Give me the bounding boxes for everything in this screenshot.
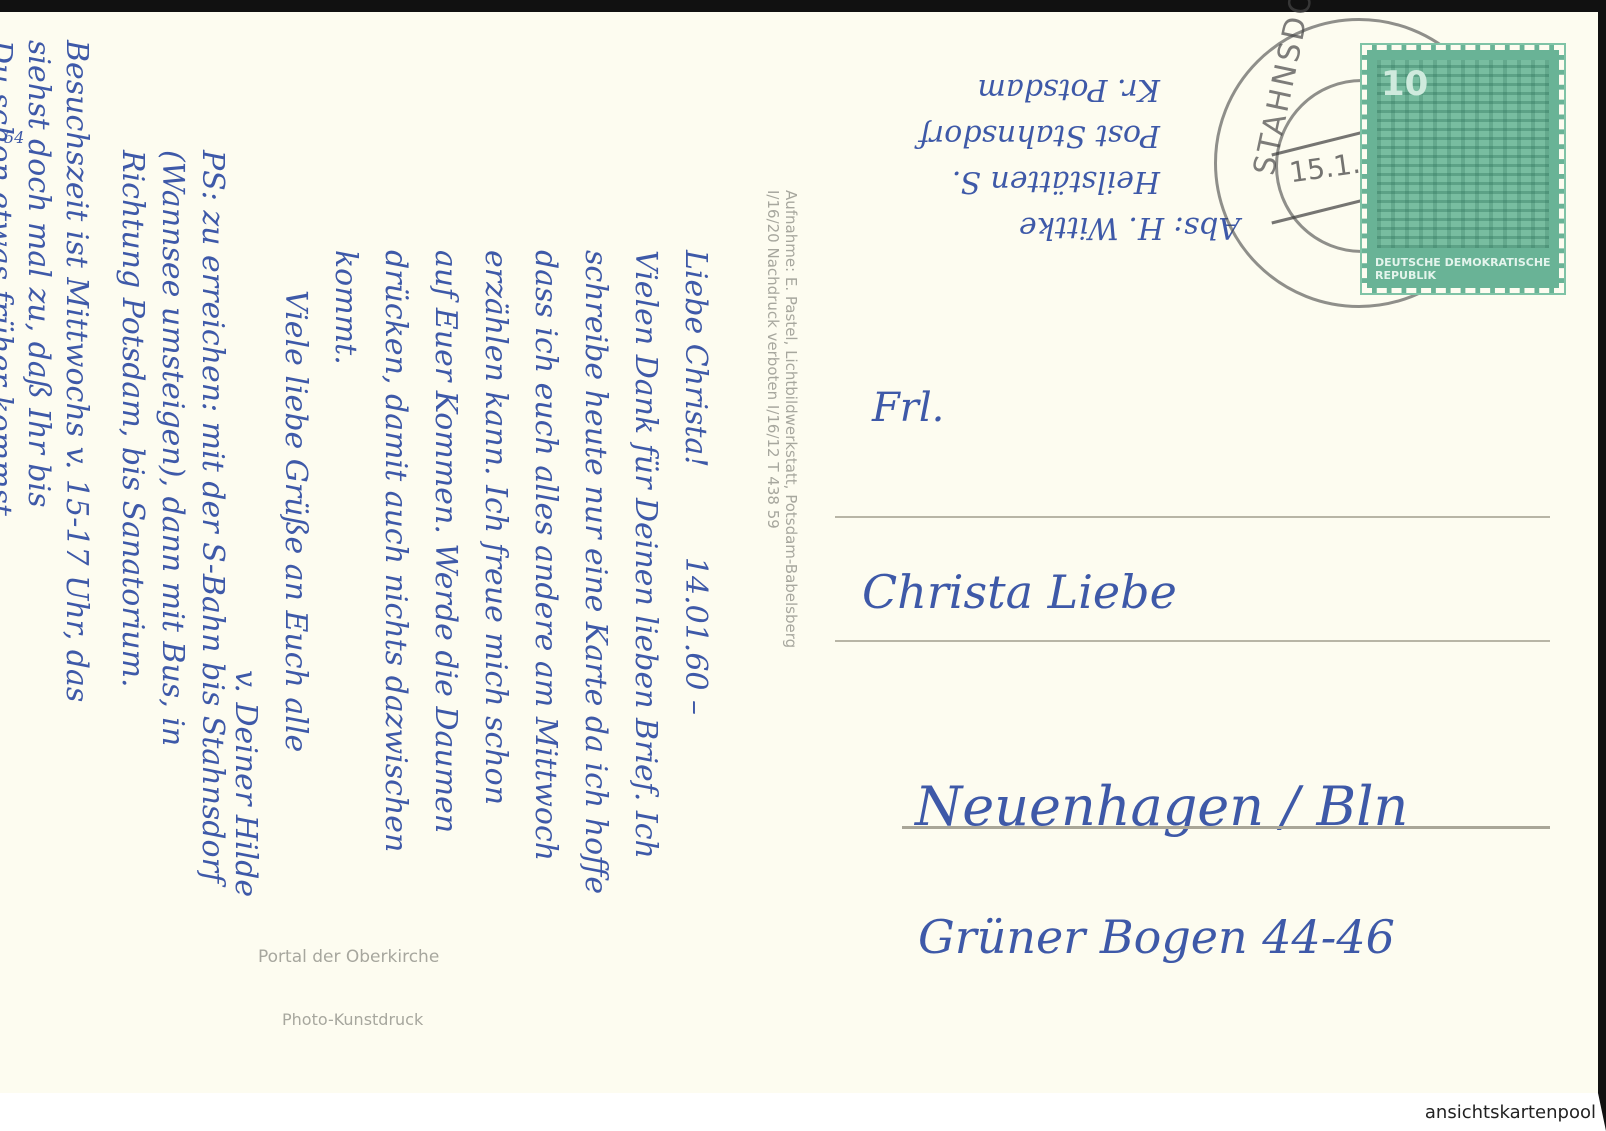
message-date: 14.01.60 – <box>678 557 713 715</box>
sender-line: Kr. Potsdam <box>919 66 1240 112</box>
message-line: kommt. <box>320 250 370 897</box>
address-line <box>835 516 1550 518</box>
credits-line-1: Aufnahme: E. Pastel, Lichtbildwerkstatt,… <box>782 190 800 648</box>
stamp-value: 10 <box>1381 64 1428 104</box>
recipient-street: Grüner Bogen 44-46 <box>918 910 1395 964</box>
photo-publisher: Photo-Kunstdruck <box>282 1010 423 1029</box>
message-line: dass ich euch alles andere am Mittwoch <box>520 250 570 897</box>
sender-address: Abs: H. Wittke Heilstätten S. Post Stahn… <box>919 66 1240 250</box>
watermark: ansichtskartenpool <box>1425 1102 1596 1123</box>
message-salutation: Liebe Christa! 14.01.60 – <box>670 250 720 897</box>
message-line: Vielen Dank für Deinen lieben Brief. Ich <box>620 250 670 897</box>
message-line: erzählen kann. Ich freue mich schon <box>470 250 520 897</box>
recipient-name: Christa Liebe <box>862 565 1177 619</box>
sender-line: Post Stahnsdorf <box>919 112 1240 158</box>
address-line <box>902 826 1550 829</box>
sender-line: Abs: H. Wittke <box>919 204 1240 250</box>
postscript: PS: zu erreichen: mit der S-Bahn bis Sta… <box>112 150 232 883</box>
scan-border-top <box>0 0 1606 12</box>
message-line: auf Euer Kommen. Werde die Daumen <box>420 250 470 897</box>
stamp-country: DEUTSCHE DEMOKRATISCHE REPUBLIK <box>1375 256 1551 282</box>
printed-credits: Aufnahme: E. Pastel, Lichtbildwerkstatt,… <box>764 190 800 648</box>
postscript-line: Richtung Potsdam, bis Sanatorium. <box>112 150 152 883</box>
postcard-back: Besuchszeit ist Mittwochs v. 15-17 Uhr, … <box>0 0 1606 1131</box>
sender-line: Heilstätten S. <box>919 158 1240 204</box>
margin-note-line: Besuchszeit ist Mittwochs v. 15-17 Uhr, … <box>57 40 95 702</box>
recipient-salutation: Frl. <box>872 385 944 431</box>
postscript-line: (Wannsee umsteigen), dann mit Bus, in <box>152 150 192 883</box>
message-line: Viele liebe Grüße an Euch alle <box>270 250 320 897</box>
message-body: Liebe Christa! 14.01.60 – Vielen Dank fü… <box>220 250 720 897</box>
photo-caption: Portal der Oberkirche <box>258 947 439 967</box>
margin-number: 54 <box>4 128 24 147</box>
message-signature: v. Deiner Hilde <box>220 250 270 897</box>
margin-note-line: siehst doch mal zu, daß Ihr bis <box>19 40 57 702</box>
credits-line-2: I/16/20 Nachdruck verboten I/16/12 T 438… <box>764 190 782 648</box>
message-line: schreibe heute nur eine Karte da ich hof… <box>570 250 620 897</box>
message-line: drücken, damit auch nichts dazwischen <box>370 250 420 897</box>
postage-stamp: 10 DEUTSCHE DEMOKRATISCHE REPUBLIK <box>1362 45 1564 293</box>
address-line <box>835 640 1550 642</box>
